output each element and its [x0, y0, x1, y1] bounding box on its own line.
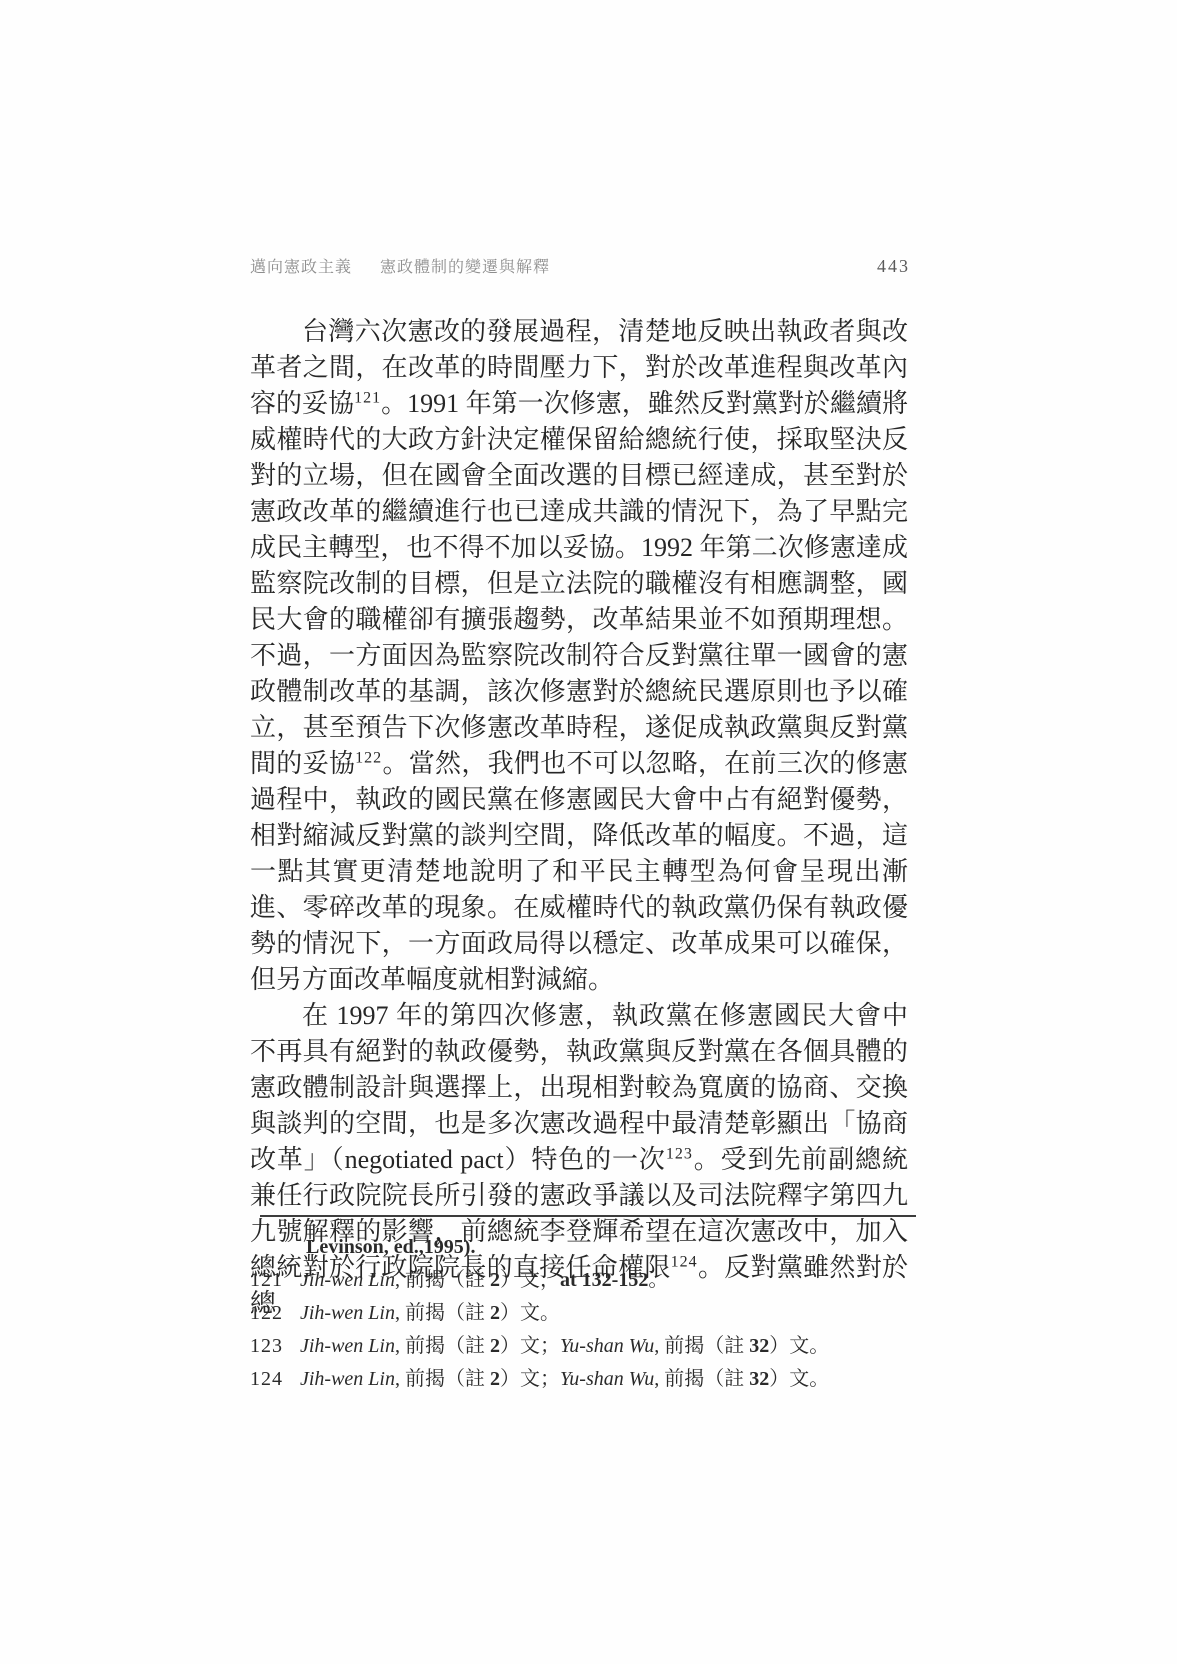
footnote-author: Yu-shan Wu [560, 1335, 654, 1357]
footnote-note-number: 2 [490, 1302, 500, 1324]
footnote-ref-123: 123 [666, 1145, 693, 1162]
footnote-note-number: 2 [490, 1335, 500, 1357]
footnote-author: Jih-wen Lin [300, 1335, 395, 1357]
footnote-note-number: 2 [490, 1269, 500, 1291]
footnote-note-number: 32 [749, 1368, 769, 1390]
footnote-author: Yu-shan Wu [560, 1368, 654, 1390]
footnote-123-number: 123 [250, 1330, 300, 1363]
footnote-separator-rule [260, 1215, 916, 1217]
footnote-122-text: Jih-wen Lin, 前揭（註 2）文。 [300, 1297, 915, 1330]
footnote-note-number: 32 [749, 1335, 769, 1357]
footnote-text: , 前揭（註 [395, 1335, 490, 1357]
page-number: 443 [877, 256, 910, 277]
book-title: 邁向憲政主義 [250, 259, 352, 276]
running-header-titles: 邁向憲政主義憲政體制的變遷與解釋 [250, 254, 550, 277]
body-text: 台灣六次憲改的發展過程，清楚地反映出執政者與改革者之間，在改革的時間壓力下，對於… [250, 314, 908, 1322]
document-page: 邁向憲政主義憲政體制的變遷與解釋 443 台灣六次憲改的發展過程，清楚地反映出執… [0, 0, 1177, 1664]
footnote-124: 124 Jih-wen Lin, 前揭（註 2）文；Yu-shan Wu, 前揭… [250, 1363, 915, 1396]
footnote-text: ）文； [500, 1335, 560, 1357]
footnote-124-text: Jih-wen Lin, 前揭（註 2）文；Yu-shan Wu, 前揭（註 3… [300, 1363, 915, 1396]
paragraph-1: 台灣六次憲改的發展過程，清楚地反映出執政者與改革者之間，在改革的時間壓力下，對於… [250, 314, 908, 998]
footnote-text: ）文。 [500, 1302, 560, 1324]
footnote-text: ）文； [500, 1368, 560, 1390]
footnote-note-number: 2 [490, 1368, 500, 1390]
footnote-122: 122 Jih-wen Lin, 前揭（註 2）文。 [250, 1297, 915, 1330]
footnote-121: 121 Jih-wen Lin, 前揭（註 2）文，at 132-152。 [250, 1264, 915, 1297]
paragraph-1-text: 。當然，我們也不可以忽略，在前三次的修憲過程中，執政的國民黨在修憲國民大會中占有… [250, 749, 908, 994]
footnote-pages: at 132-152 [560, 1269, 648, 1291]
footnote-123-text: Jih-wen Lin, 前揭（註 2）文；Yu-shan Wu, 前揭（註 3… [300, 1330, 915, 1363]
footnote-author: Jih-wen Lin [300, 1368, 395, 1390]
footnote-122-number: 122 [250, 1297, 300, 1330]
footnote-text: 。 [648, 1269, 668, 1291]
running-header: 邁向憲政主義憲政體制的變遷與解釋 443 [250, 254, 910, 277]
footnote-text: ）文。 [769, 1368, 829, 1390]
footnote-author: Jih-wen Lin [300, 1302, 395, 1324]
footnote-text: , 前揭（註 [654, 1335, 749, 1357]
footnote-124-number: 124 [250, 1363, 300, 1396]
footnote-ref-121: 121 [354, 389, 381, 406]
footnote-author: Jih-wen Lin [300, 1269, 395, 1291]
footnote-text: ）文， [500, 1269, 560, 1291]
footnote-123: 123 Jih-wen Lin, 前揭（註 2）文；Yu-shan Wu, 前揭… [250, 1330, 915, 1363]
footnote-text: ）文。 [769, 1335, 829, 1357]
paragraph-1-text: 。1991 年第一次修憲，雖然反對黨對於繼續將威權時代的大政方針決定權保留給總統… [250, 389, 908, 778]
footnote-text: , 前揭（註 [654, 1368, 749, 1390]
footnote-continuation: Levinson, ed.,1995). [250, 1231, 915, 1264]
footnote-121-number: 121 [250, 1264, 300, 1297]
footnote-121-text: Jih-wen Lin, 前揭（註 2）文，at 132-152。 [300, 1264, 915, 1297]
footnote-text: , 前揭（註 [395, 1269, 490, 1291]
footnote-text: , 前揭（註 [395, 1368, 490, 1390]
chapter-title: 憲政體制的變遷與解釋 [380, 259, 550, 276]
footnotes-section: Levinson, ed.,1995). 121 Jih-wen Lin, 前揭… [250, 1231, 915, 1396]
footnote-ref-122: 122 [355, 749, 382, 766]
footnote-text: , 前揭（註 [395, 1302, 490, 1324]
